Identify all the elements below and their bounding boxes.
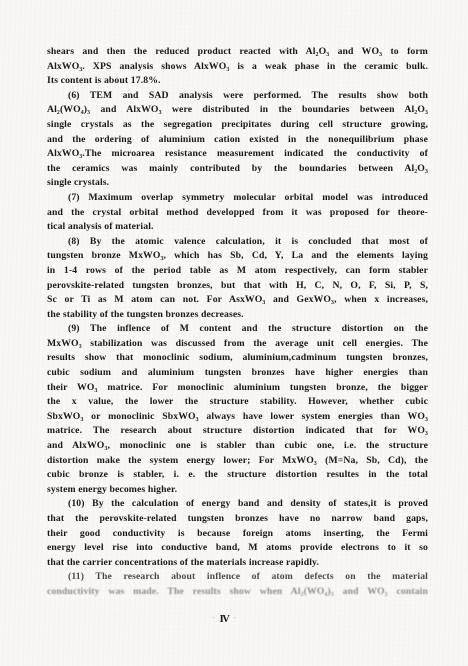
text-line: the stability of the tungsten bronzes de… — [47, 308, 428, 323]
text-line: (8) By the atomic valence calculation, i… — [47, 235, 428, 250]
text-line: and AlxWO₃, monoclinic one is stabler th… — [47, 439, 428, 454]
text-line: cubic bronze is stabler, i. e. the struc… — [47, 468, 428, 483]
text-line: results show that monoclinic sodium, alu… — [47, 351, 428, 366]
text-line: their good conductivity is because forei… — [47, 527, 428, 542]
text-line: the ceramics was mainly contributed by t… — [47, 162, 428, 177]
text-line: energy level rise into conductive band, … — [47, 541, 428, 556]
text-line: in 1-4 rows of the period table as M ato… — [47, 264, 428, 279]
text-line: (11) The research about inflence of atom… — [47, 570, 428, 585]
footer-dash-left: - — [212, 613, 215, 622]
text-line: tungsten bronze MxWO₃, which has Sb, Cd,… — [47, 249, 428, 264]
text-line: their WO₃ matrice. For monoclinic alumin… — [47, 381, 428, 396]
text-line: (7) Maximum overlap symmetry molecular o… — [47, 191, 428, 206]
text-line: Its content is about 17.8%. — [47, 74, 428, 89]
text-line: cubic sodium and aluminium tungsten bron… — [47, 366, 428, 381]
text-line: tical analysis of material. — [47, 220, 428, 235]
text-line: SbxWO₃ or monoclinic SbxWO₃ always have … — [47, 410, 428, 425]
text-line: AlxWO₃. XPS analysis shows AlxWO₃ is a w… — [47, 60, 428, 75]
text-line: conductivity was made. The results show … — [47, 585, 428, 600]
abstract-text-block: shears and then the reduced product reac… — [47, 45, 428, 600]
text-line: Al₂(WO₄)₃ and AlxWO₃ were distributed in… — [47, 103, 428, 118]
text-line: distortion make the system energy lower;… — [47, 454, 428, 469]
text-line: matrice. The research about structure di… — [47, 424, 428, 439]
text-line: AlxWO₃.The microarea resistance measurem… — [47, 147, 428, 162]
text-line: perovskite-related tungsten bronzes, but… — [47, 279, 428, 294]
text-line: single crystals as the segregation preci… — [47, 118, 428, 133]
text-line: (10) By the calculation of energy band a… — [47, 497, 428, 512]
text-line: and the ordering of aluminium cation exi… — [47, 133, 428, 148]
text-line: single crystals. — [47, 176, 428, 191]
text-line: the x value, the lower the structure sta… — [47, 395, 428, 410]
page-number-footer: -IV- — [0, 609, 448, 627]
text-line: MxWO₃ stabilization was discussed from t… — [47, 337, 428, 352]
text-line: (9) The inflence of M content and the st… — [47, 322, 428, 337]
text-line: that the perovskite-related tungsten bro… — [47, 512, 428, 527]
text-line: (6) TEM and SAD analysis were performed.… — [47, 89, 428, 104]
footer-page-numeral: IV — [220, 614, 229, 625]
text-line: system energy becomes higher. — [47, 483, 428, 498]
text-line: and the crystal orbital method developpe… — [47, 206, 428, 221]
footer-dash-right: - — [233, 613, 236, 622]
text-line: Sc or Ti as M atom can not. For AsxWO₃ a… — [47, 293, 428, 308]
text-line: that the carrier concentrations of the m… — [47, 556, 428, 571]
text-line: shears and then the reduced product reac… — [47, 45, 428, 60]
